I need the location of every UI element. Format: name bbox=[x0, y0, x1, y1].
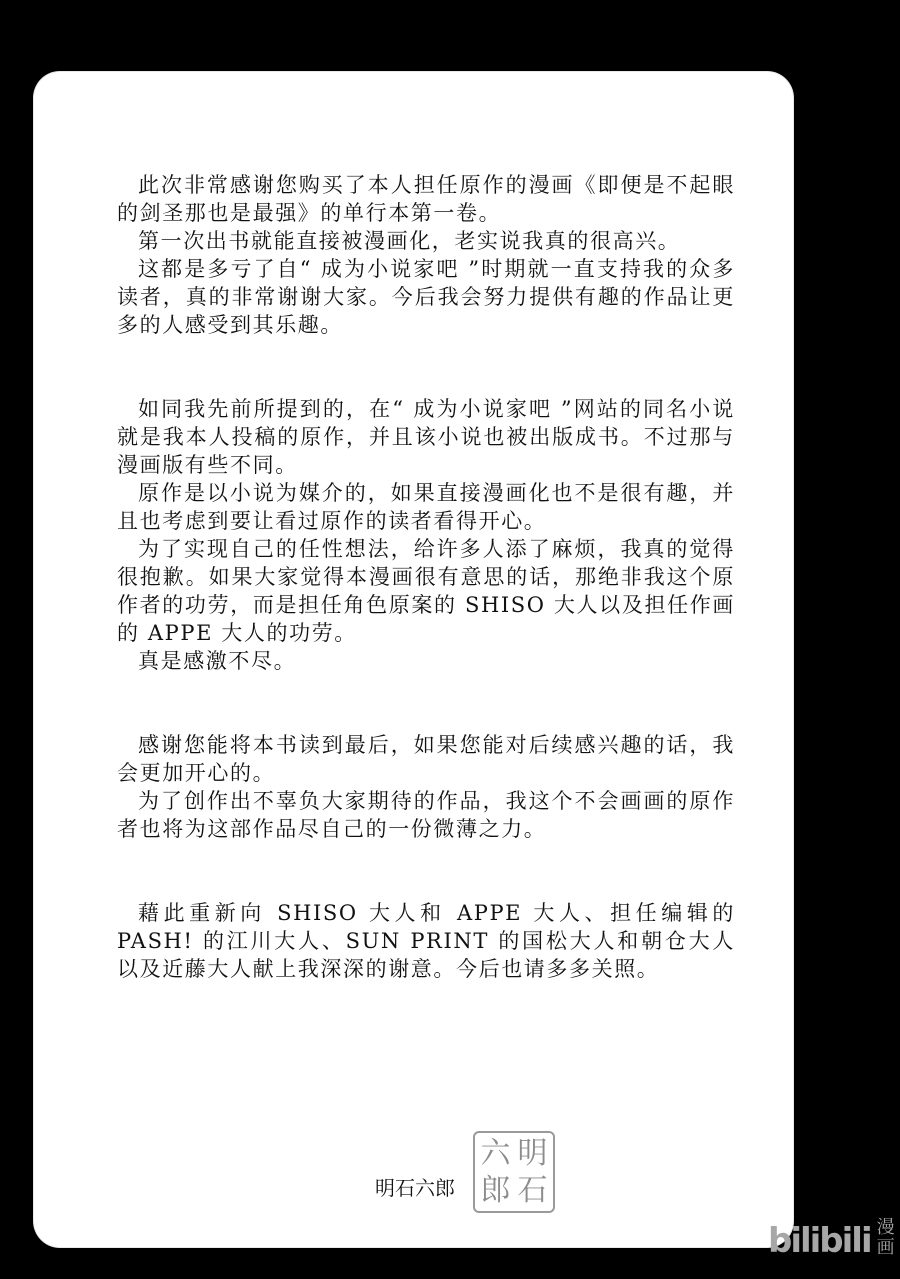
manhua-char: 漫 bbox=[877, 1218, 895, 1238]
paragraph: 第一次出书就能直接被漫画化，老实说我真的很高兴。 bbox=[117, 227, 735, 255]
section-closing: 感谢您能将本书读到最后，如果您能对后续感兴趣的话，我会更加开心的。 为了创作出不… bbox=[117, 731, 735, 843]
seal-stamp-icon: 六 明 郎 石 bbox=[473, 1131, 555, 1213]
paragraph: 此次非常感谢您购买了本人担任原作的漫画《即便是不起眼的剑圣那也是最强》的单行本第… bbox=[117, 171, 735, 227]
signature: 明石六郎 bbox=[375, 1176, 455, 1200]
section-original-work: 如同我先前所提到的，在“ 成为小说家吧 ”网站的同名小说就是我本人投稿的原作，并… bbox=[117, 395, 735, 675]
paragraph: 真是感激不尽。 bbox=[117, 647, 735, 675]
seal-char: 郎 bbox=[481, 1176, 511, 1206]
paragraph: 感谢您能将本书读到最后，如果您能对后续感兴趣的话，我会更加开心的。 bbox=[117, 731, 735, 787]
seal-char: 石 bbox=[518, 1176, 548, 1206]
paragraph: 原作是以小说为媒介的，如果直接漫画化也不是很有趣，并且也考虑到要让看过原作的读者… bbox=[117, 479, 735, 535]
seal-char: 六 bbox=[481, 1139, 511, 1169]
paragraph: 这都是多亏了自“ 成为小说家吧 ”时期就一直支持我的众多读者，真的非常谢谢大家。… bbox=[117, 255, 735, 339]
paragraph: 为了实现自己的任性想法，给许多人添了麻烦，我真的觉得很抱歉。如果大家觉得本漫画很… bbox=[117, 535, 735, 647]
paragraph: 如同我先前所提到的，在“ 成为小说家吧 ”网站的同名小说就是我本人投稿的原作，并… bbox=[117, 395, 735, 479]
author-name: 明石六郎 bbox=[375, 1176, 455, 1200]
bilibili-manhua-watermark: bilibili 漫 画 bbox=[768, 1218, 895, 1258]
paragraph: 为了创作出不辜负大家期待的作品，我这个不会画画的原作者也将为这部作品尽自己的一份… bbox=[117, 787, 735, 843]
afterword-text: 此次非常感谢您购买了本人担任原作的漫画《即便是不起眼的剑圣那也是最强》的单行本第… bbox=[117, 171, 735, 983]
seal-char: 明 bbox=[518, 1139, 548, 1169]
manhua-label: 漫 画 bbox=[877, 1218, 895, 1258]
section-acknowledgements: 藉此重新向 SHISO 大人和 APPE 大人、担任编辑的 PASH! 的江川大… bbox=[117, 899, 735, 983]
manhua-char: 画 bbox=[877, 1238, 895, 1258]
section-thanks: 此次非常感谢您购买了本人担任原作的漫画《即便是不起眼的剑圣那也是最强》的单行本第… bbox=[117, 171, 735, 339]
paragraph: 藉此重新向 SHISO 大人和 APPE 大人、担任编辑的 PASH! 的江川大… bbox=[117, 899, 735, 983]
bilibili-logo: bilibili bbox=[768, 1224, 871, 1258]
